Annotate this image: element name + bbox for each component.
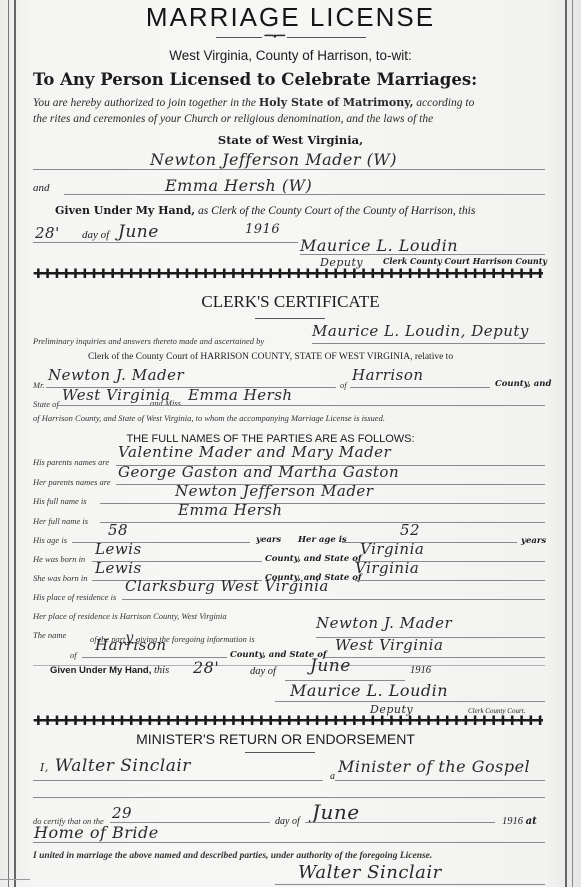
her-parents-field: George Gaston and Martha Gaston [118,463,399,481]
minister-year-field: 1916 [502,816,523,827]
he-born-state-field: Virginia [360,540,424,558]
state-of-label: State of [33,399,59,409]
cert-given-year-field: 1916 [410,665,431,676]
marriage-place-field: Home of Bride [34,823,159,842]
jurisdiction-line: West Virginia, County of Harrison, to-wi… [0,48,581,63]
certify-day-field: 29 [112,804,132,822]
his-full-name-label: His full name is [33,496,87,506]
license-month-field: June [118,222,159,242]
cert-signature-rule [275,701,545,702]
certificate-ornament-rule [255,318,325,319]
place-rule [33,842,545,843]
ornamental-divider: ✚✚✚✚✚✚✚✚✚✚✚✚✚✚✚✚✚✚✚✚✚✚✚✚✚✚✚✚✚✚✚✚✚✚✚✚✚✚✚✚… [33,715,543,728]
he-born-county-field: Lewis [95,540,142,558]
bride-short-name-field: Emma Hersh [188,386,293,404]
ornamental-divider: ✚✚✚✚✚✚✚✚✚✚✚✚✚✚✚✚✚✚✚✚✚✚✚✚✚✚✚✚✚✚✚✚✚✚✚✚✚✚✚✚… [33,268,543,281]
united-in-marriage-line: I united in marriage the above named and… [33,851,432,861]
of-rule [350,387,490,388]
informant-name-field: Newton J. Mader [316,614,452,632]
his-age-field: 58 [108,521,128,539]
his-age-label: His age is [33,535,67,545]
minister-signature-rule [275,884,545,885]
his-parents-field: Valentine Mader and Mary Mader [118,443,391,461]
her-residence-line: Her place of residence is Harrison Count… [33,611,227,621]
her-full-name-label: Her full name is [33,516,88,526]
salutation-heading: To Any Person Licensed to Celebrate Marr… [33,70,477,89]
clerk-signature: Maurice L. Loudin [300,236,458,255]
cert-clerk-caption: Clerk County Court. [468,707,525,715]
minister-role-rule [335,780,545,781]
minister-role-field: Minister of the Gospel [338,757,530,776]
minister-return-title: MINISTER'S RETURN OR ENDORSEMENT [0,731,566,747]
she-born-state-field: Virginia [355,559,419,577]
minister-month-field: June [312,800,360,824]
minister-i-label: I, [40,761,49,774]
he-born-label: He was born in [33,554,85,564]
authorization-suffix: according to [413,97,474,109]
she-born-county-field: Lewis [95,559,142,577]
license-day-field: 28' [35,224,60,242]
clerk-relative-line: Clerk of the County Court of HARRISON CO… [88,352,453,362]
authorization-line-1: You are hereby authorized to join togeth… [33,96,474,109]
minister-signature: Walter Sinclair [298,862,442,883]
her-age-label: Her age is [298,535,347,545]
groom-name-rule [33,169,545,170]
of-label: of [340,380,347,390]
he-county-state-label: County, and State of [265,554,362,564]
her-full-name-rule [100,522,545,523]
her-full-name-field: Emma Hersh [178,501,283,519]
state-line: State of West Virginia, [0,133,581,147]
informant-county-field: Harrison [95,636,167,654]
day-of-label: day of [82,229,109,241]
informant-of-label: of [70,650,77,660]
cert-clerk-signature: Maurice L. Loudin [290,681,448,700]
his-residence-rule [122,599,545,600]
minister-day-of-label: day of [275,816,300,827]
groom-short-name-field: Newton J. Mader [48,366,184,384]
date-rule [33,242,298,243]
and-miss-label: and Miss [150,398,181,408]
informant-state-rule [325,657,545,658]
minister-blank-rule [33,797,545,798]
mr-label: Mr. [33,380,45,390]
cert-given-day-field: 28' [193,658,219,677]
signature-rule [300,254,545,255]
preliminary-by-field: Maurice L. Loudin, Deputy [312,322,529,340]
his-years-label: years [256,535,281,545]
she-born-state-rule [355,580,545,581]
page-edge-rule [0,879,30,880]
bride-name-field: Emma Hersh (W) [165,176,312,195]
minister-year-line: 1916 at [502,816,537,827]
title-ornament: ••••••●•••••• [262,32,287,40]
clerk-caption: Clerk County Court Harrison County [383,256,547,266]
cert-given-month-field: June [310,656,351,676]
minister-name-field: Walter Sinclair [55,756,191,776]
minister-name-rule [33,780,323,781]
given-under-hand-line: Given Under My Hand, as Clerk of the Cou… [55,204,475,217]
minister-ornament-rule [245,752,315,753]
license-year-field: 1916 [245,222,280,237]
certificate-title: CLERK'S CERTIFICATE [0,292,581,312]
his-residence-label: His place of residence is [33,592,116,602]
groom-name-field: Newton Jefferson Mader (W) [150,150,397,169]
her-parents-label: Her parents names are [33,477,111,487]
cert-given-label: Given Under My Hand, [50,665,151,676]
minister-name-line: I, Walter Sinclair [40,756,191,776]
preliminary-rule [312,343,545,344]
marriage-license-document: MARRIAGE LICENSE ••••••●•••••• West Virg… [0,0,581,887]
cert-given-this: this [151,665,169,676]
authorization-line-2: the rites and ceremonies of your Church … [33,113,433,125]
groom-county-field: Harrison [352,366,424,384]
authorization-prefix: You are hereby authorized to join togeth… [33,97,259,109]
his-parents-label: His parents names are [33,457,109,467]
license-issued-line: of Harrison County, and State of West Vi… [33,413,385,423]
bride-name-rule [64,194,545,195]
given-under-hand-label: Given Under My Hand, [55,204,195,217]
his-full-name-rule [100,503,545,504]
his-residence-field: Clarksburg West Virginia [125,577,329,595]
minister-month-rule [305,822,495,823]
document-title: MARRIAGE LICENSE [0,2,581,33]
county-and-label: County, and [495,379,551,389]
holy-state-of-matrimony: Holy State of Matrimony, [259,96,414,109]
state-of-rule [58,405,545,406]
his-full-name-field: Newton Jefferson Mader [175,482,373,500]
informant-name-label: The name [33,630,66,640]
her-years-label: years [521,536,546,546]
given-clerk-text: as Clerk of the County Court of the Coun… [195,205,475,217]
cert-given-day-of-label: day of [250,666,276,677]
title-ornament-rule [216,37,366,38]
her-age-field: 52 [400,521,420,539]
cert-given-line: Given Under My Hand, this [50,665,169,676]
and-label: and [33,182,50,194]
minister-at-label: at [526,816,537,827]
informant-state-field: West Virginia [335,636,443,654]
preliminary-label: Preliminary inquiries and answers theret… [33,336,264,346]
she-born-label: She was born in [33,573,88,583]
